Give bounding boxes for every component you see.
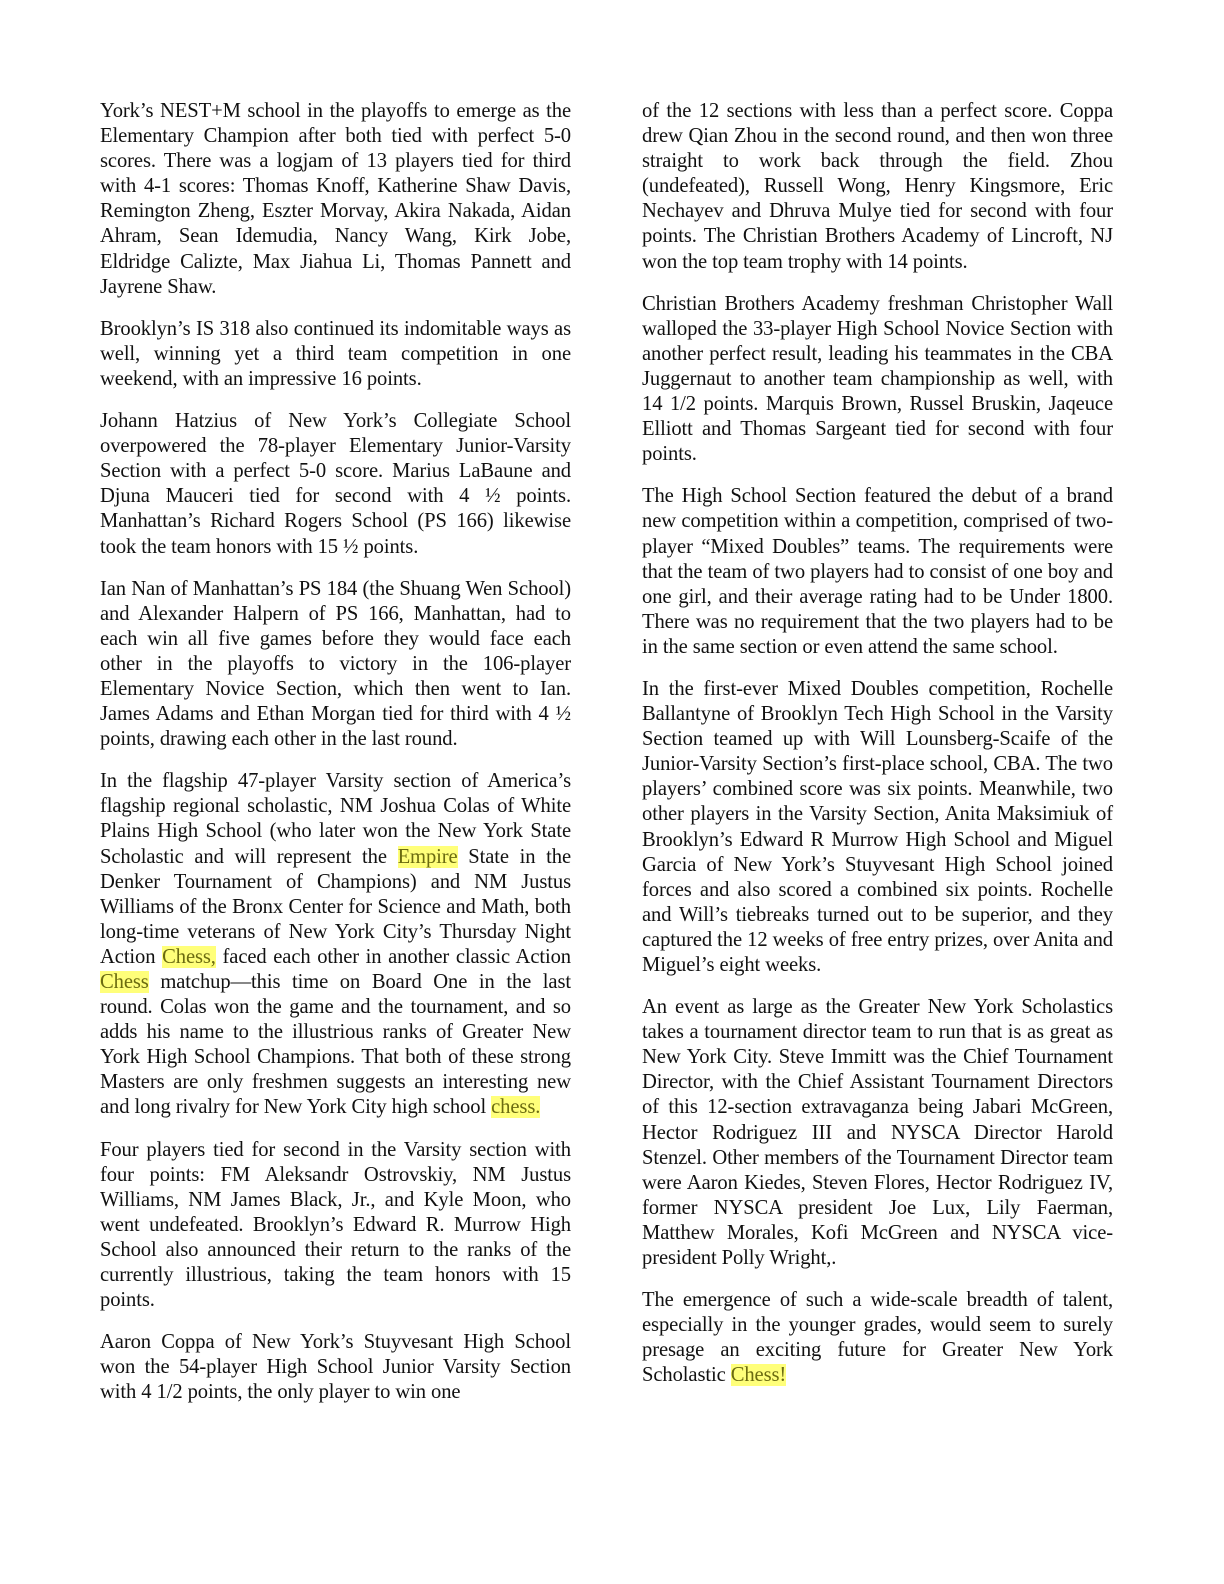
paragraph-text: An event as large as the Greater New Yor… — [642, 996, 1113, 1269]
paragraph-text: Four players tied for second in the Vars… — [100, 1139, 571, 1312]
paragraph-hs-novice: Christian Brothers Academy freshman Chri… — [642, 292, 1113, 468]
paragraph-text: Johann Hatzius of New York’s Collegiate … — [100, 410, 571, 557]
paragraph-text: In the first-ever Mixed Doubles competit… — [642, 678, 1113, 976]
paragraph-mixed-doubles-intro: The High School Section featured the deb… — [642, 484, 1113, 660]
paragraph-elementary-novice: Ian Nan of Manhattan’s PS 184 (the Shuan… — [100, 577, 571, 753]
highlighted-term: chess. — [491, 1096, 540, 1118]
paragraph-hs-jv-continued: of the 12 sections with less than a perf… — [642, 99, 1113, 275]
left-column: York’s NEST+M school in the playoffs to … — [100, 99, 571, 1423]
highlighted-term: Chess! — [731, 1364, 786, 1386]
paragraph-elementary-jv: Johann Hatzius of New York’s Collegiate … — [100, 409, 571, 560]
paragraph-varsity-second: Four players tied for second in the Vars… — [100, 1138, 571, 1314]
document-page: York’s NEST+M school in the playoffs to … — [0, 0, 1224, 1584]
highlighted-term: Empire — [398, 846, 458, 868]
paragraph-elementary-champion: York’s NEST+M school in the playoffs to … — [100, 99, 571, 300]
paragraph-is318: Brooklyn’s IS 318 also continued its ind… — [100, 317, 571, 392]
right-column: of the 12 sections with less than a perf… — [642, 99, 1113, 1406]
paragraph-tournament-directors: An event as large as the Greater New Yor… — [642, 995, 1113, 1271]
paragraph-varsity-section: In the flagship 47-player Varsity sectio… — [100, 769, 571, 1120]
highlighted-term: Chess, — [162, 946, 216, 968]
paragraph-text: faced each other in another classic Acti… — [216, 946, 571, 968]
paragraph-text: of the 12 sections with less than a perf… — [642, 100, 1113, 273]
paragraph-text: The emergence of such a wide-scale bread… — [642, 1289, 1113, 1386]
paragraph-text: Christian Brothers Academy freshman Chri… — [642, 293, 1113, 466]
paragraph-hs-jv: Aaron Coppa of New York’s Stuyvesant Hig… — [100, 1330, 571, 1405]
paragraph-text: Ian Nan of Manhattan’s PS 184 (the Shuan… — [100, 578, 571, 751]
paragraph-text: Brooklyn’s IS 318 also continued its ind… — [100, 318, 571, 390]
paragraph-text: York’s NEST+M school in the playoffs to … — [100, 100, 571, 298]
paragraph-conclusion: The emergence of such a wide-scale bread… — [642, 1288, 1113, 1388]
paragraph-text: Aaron Coppa of New York’s Stuyvesant Hig… — [100, 1331, 571, 1403]
paragraph-mixed-doubles-results: In the first-ever Mixed Doubles competit… — [642, 677, 1113, 978]
highlighted-term: Chess — [100, 971, 149, 993]
paragraph-text: The High School Section featured the deb… — [642, 485, 1113, 658]
